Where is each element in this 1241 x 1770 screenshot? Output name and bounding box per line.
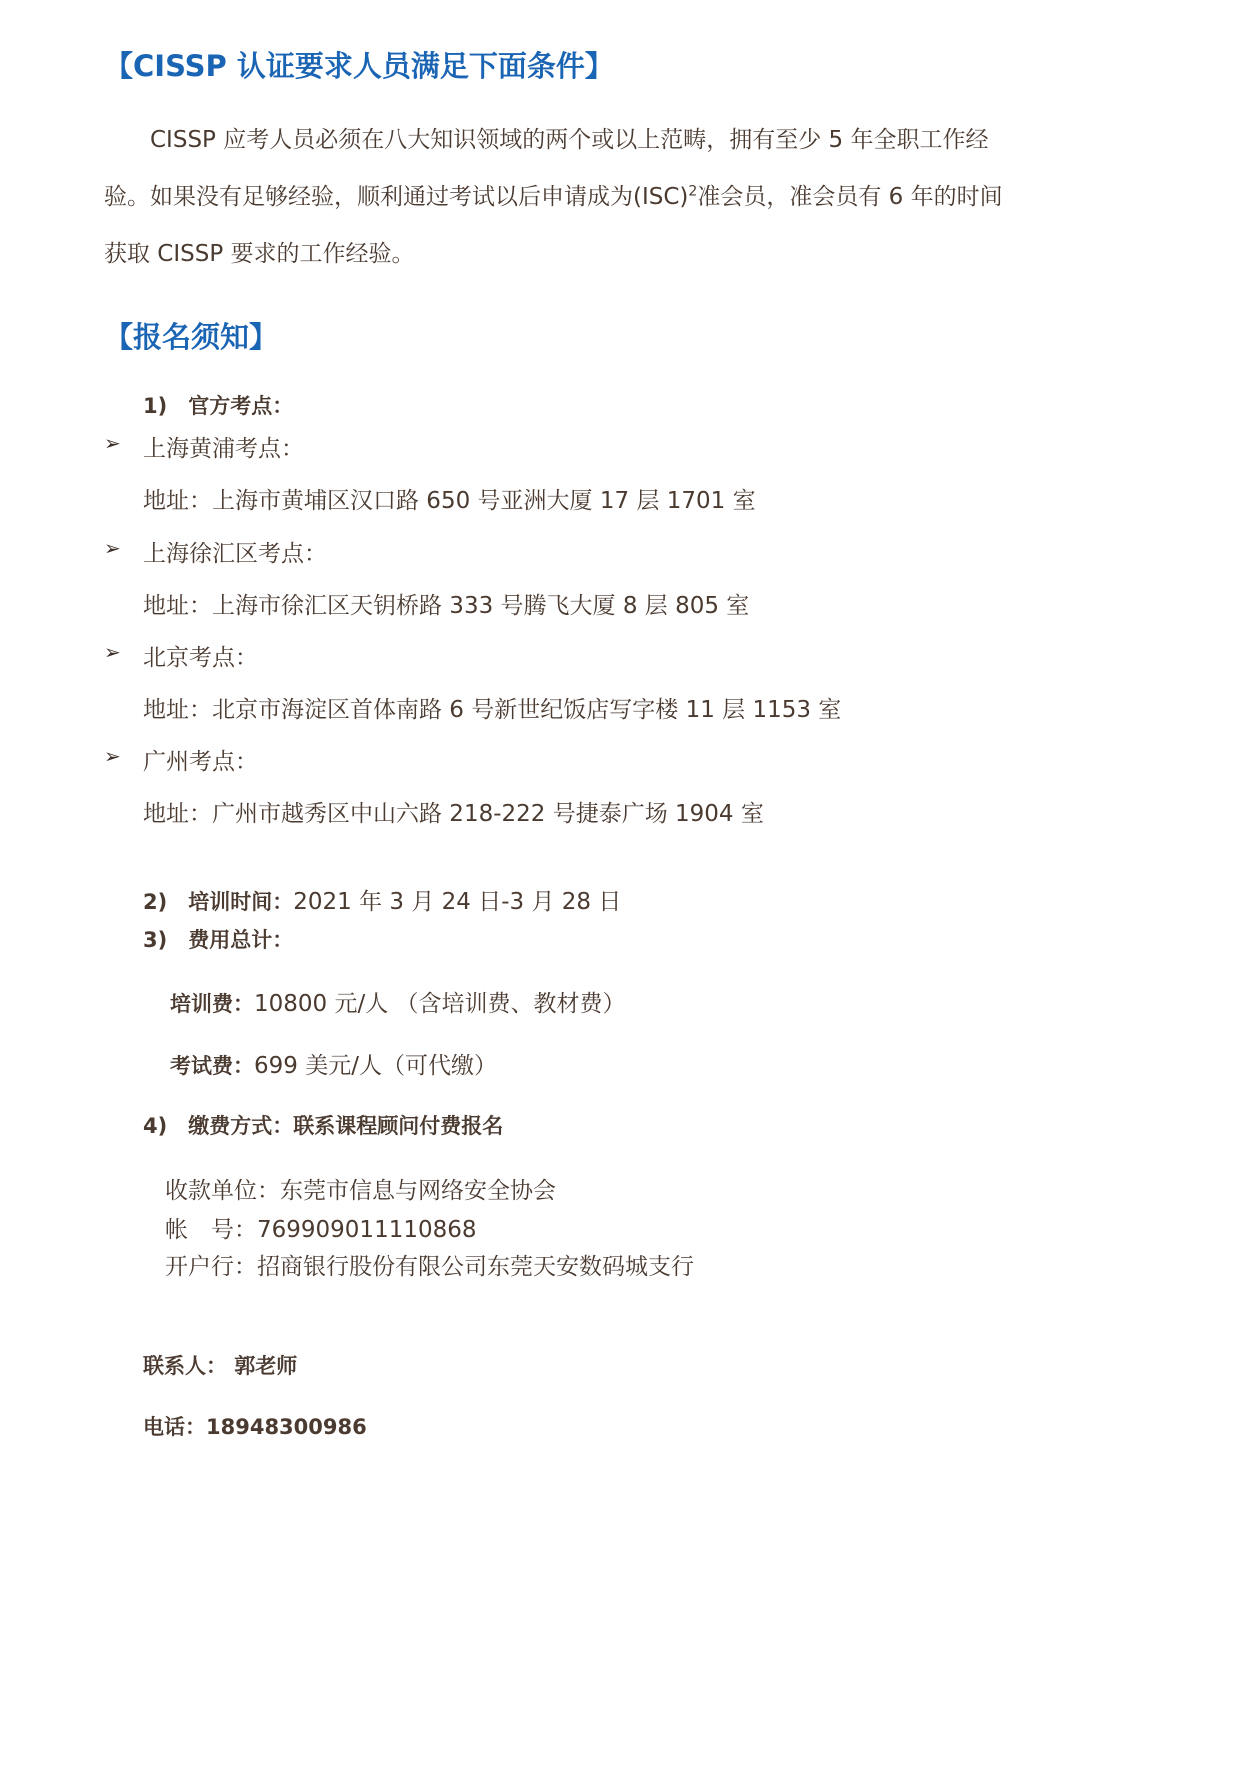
requirements-paragraph-line-2: 验。如果没有足够经验，顺利通过考试以后申请成为(ISC)2准会员，准会员有 6 … [104,178,1003,211]
item-3-total-fees: 3) 费用总计： [143,924,293,954]
bullet-arrow-icon: ➢ [104,431,121,455]
location-address: 地址：上海市徐汇区天钥桥路 333 号腾飞大厦 8 层 805 室 [143,587,749,620]
exam-fee-value: 699 美元/人（可代缴） [254,1053,497,1079]
isc-text: (ISC) [633,184,688,210]
exam-fee: 考试费：699 美元/人（可代缴） [170,1047,497,1080]
account-number: 帐 号：769909011110868 [165,1211,477,1244]
payee: 收款单位：东莞市信息与网络安全协会 [165,1172,556,1205]
location-name: 上海徐汇区考点： [143,535,327,568]
contact-phone: 电话：18948300986 [143,1411,367,1441]
bullet-arrow-icon: ➢ [104,744,121,768]
exam-fee-label: 考试费： [170,1054,254,1078]
requirements-paragraph-line-3: 获取 CISSP 要求的工作经验。 [104,235,415,268]
heading-registration-notice: 【报名须知】 [104,315,278,356]
location-address: 地址：广州市越秀区中山六路 218-222 号捷泰广场 1904 室 [143,795,764,828]
location-address: 地址：北京市海淀区首体南路 6 号新世纪饭店写字楼 11 层 1153 室 [143,691,841,724]
training-time-value: 2021 年 3 月 24 日-3 月 28 日 [293,889,621,915]
training-fee: 培训费：10800 元/人 （含培训费、教材费） [170,985,626,1018]
location-name: 广州考点： [143,743,258,776]
location-name: 上海黄浦考点： [143,430,304,463]
training-time-label: 2) 培训时间： [143,890,293,914]
contact-person: 联系人： 郭老师 [143,1350,297,1380]
bank-branch: 开户行：招商银行股份有限公司东莞天安数码城支行 [165,1248,694,1281]
item-4-payment-method: 4) 缴费方式：联系课程顾问付费报名 [143,1110,503,1140]
item-1-official-test-centers: 1) 官方考点： [143,390,293,420]
bullet-arrow-icon: ➢ [104,536,121,560]
training-fee-value: 10800 元/人 （含培训费、教材费） [254,991,626,1017]
text-segment: 准会员，准会员有 6 年的时间 [697,184,1002,210]
requirements-paragraph-line-1: CISSP 应考人员必须在八大知识领域的两个或以上范畴，拥有至少 5 年全职工作… [150,121,988,154]
heading-cissp-requirements: 【CISSP 认证要求人员满足下面条件】 [104,44,614,85]
item-2-training-time: 2) 培训时间：2021 年 3 月 24 日-3 月 28 日 [143,883,621,916]
bullet-arrow-icon: ➢ [104,640,121,664]
training-fee-label: 培训费： [170,992,254,1016]
superscript-2: 2 [688,183,697,199]
location-address: 地址：上海市黄埔区汉口路 650 号亚洲大厦 17 层 1701 室 [143,482,756,515]
location-name: 北京考点： [143,639,258,672]
text-segment: 验。如果没有足够经验，顺利通过考试以后申请成为 [104,184,633,210]
